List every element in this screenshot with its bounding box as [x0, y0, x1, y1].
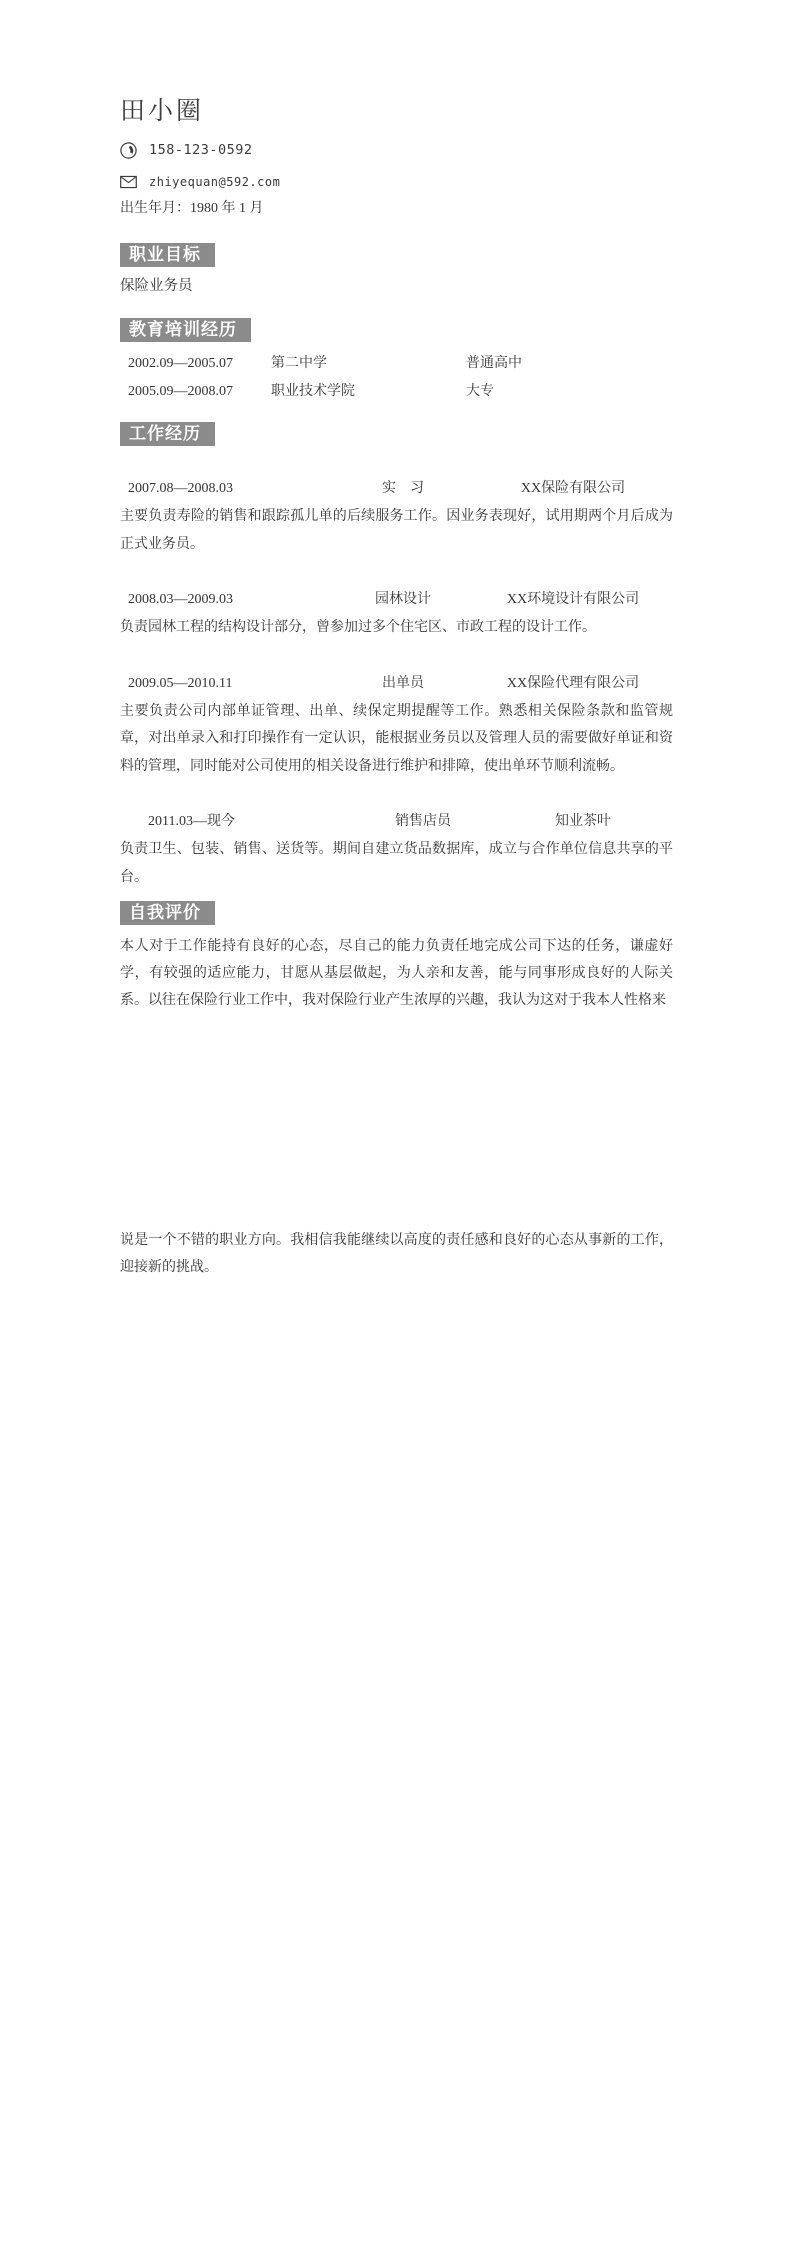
job-header-row: 2007.08—2008.03 实 习 XX保险有限公司 — [120, 475, 673, 503]
education-degree: 大专 — [466, 378, 673, 406]
job-period: 2007.08—2008.03 — [120, 475, 333, 503]
envelope-icon — [120, 174, 137, 191]
phone-icon — [120, 142, 137, 159]
job-company: 知业茶叶 — [493, 808, 673, 836]
education-row: 2005.09—2008.07 职业技术学院 大专 — [120, 378, 673, 406]
job-title: 出单员 — [333, 670, 473, 698]
job-title: 园林设计 — [333, 586, 473, 614]
resume-page: 田小圈 158-123-0592 zhiyequan@592.com 出生年月：… — [0, 0, 794, 2246]
section-title-education: 教育培训经历 — [120, 318, 251, 342]
job-entry: 2009.05—2010.11 出单员 XX保险代理有限公司 主要负责公司内部单… — [120, 670, 673, 781]
education-school: 职业技术学院 — [271, 378, 466, 406]
job-description: 主要负责寿险的销售和跟踪孤儿单的后续服务工作。因业务表现好，试用期两个月后成为正… — [120, 503, 673, 558]
education-rows: 2002.09—2005.07 第二中学 普通高中 2005.09—2008.0… — [120, 350, 673, 406]
page-break-spacer — [120, 1014, 673, 1219]
job-description: 主要负责公司内部单证管理、出单、续保定期提醒等工作。熟悉相关保险条款和监管规章，… — [120, 698, 673, 781]
section-title-evaluation: 自我评价 — [120, 901, 215, 925]
birth-row: 出生年月：1980 年 1 月 — [120, 199, 673, 219]
job-company: XX保险有限公司 — [473, 475, 673, 503]
phone-number: 158-123-0592 — [149, 142, 253, 158]
section-experience: 工作经历 2007.08—2008.03 实 习 XX保险有限公司 主要负责寿险… — [120, 422, 673, 891]
education-period: 2002.09—2005.07 — [120, 350, 271, 378]
job-entry: 2011.03—现今 销售店员 知业茶叶 负责卫生、包装、销售、送货等。期间自建… — [120, 808, 673, 891]
resume-content: 田小圈 158-123-0592 zhiyequan@592.com 出生年月：… — [120, 0, 673, 1281]
job-period: 2009.05—2010.11 — [120, 670, 333, 698]
job-header-row: 2011.03—现今 销售店员 知业茶叶 — [120, 808, 673, 836]
job-description: 负责卫生、包装、销售、送货等。期间自建立货品数据库，成立与合作单位信息共享的平台… — [120, 836, 673, 891]
evaluation-paragraph-part2: 说是一个不错的职业方向。我相信我能继续以高度的责任感和良好的心态从事新的工作，迎… — [120, 1227, 673, 1281]
job-entry: 2008.03—2009.03 园林设计 XX环境设计有限公司 负责园林工程的结… — [120, 586, 673, 642]
section-title-objective: 职业目标 — [120, 243, 215, 267]
evaluation-paragraph-part1: 本人对于工作能持有良好的心态，尽自己的能力负责任地完成公司下达的任务，谦虚好学，… — [120, 933, 673, 1014]
job-period: 2008.03—2009.03 — [120, 586, 333, 614]
section-evaluation: 自我评价 本人对于工作能持有良好的心态，尽自己的能力负责任地完成公司下达的任务，… — [120, 901, 673, 1281]
objective-text: 保险业务员 — [120, 276, 673, 296]
job-title: 实 习 — [333, 475, 473, 503]
email-row: zhiyequan@592.com — [120, 172, 673, 192]
education-row: 2002.09—2005.07 第二中学 普通高中 — [120, 350, 673, 378]
job-description: 负责园林工程的结构设计部分，曾参加过多个住宅区、市政工程的设计工作。 — [120, 614, 673, 642]
job-header-row: 2008.03—2009.03 园林设计 XX环境设计有限公司 — [120, 586, 673, 614]
education-degree: 普通高中 — [466, 350, 673, 378]
job-company: XX保险代理有限公司 — [473, 670, 673, 698]
job-company: XX环境设计有限公司 — [473, 586, 673, 614]
section-education: 教育培训经历 2002.09—2005.07 第二中学 普通高中 2005.09… — [120, 318, 673, 406]
education-period: 2005.09—2008.07 — [120, 378, 271, 406]
section-title-experience: 工作经历 — [120, 422, 215, 446]
phone-row: 158-123-0592 — [120, 140, 673, 160]
section-objective: 职业目标 保险业务员 — [120, 243, 673, 296]
education-school: 第二中学 — [271, 350, 466, 378]
candidate-name: 田小圈 — [120, 0, 673, 127]
job-title: 销售店员 — [353, 808, 493, 836]
job-period: 2011.03—现今 — [120, 808, 353, 836]
email-address: zhiyequan@592.com — [149, 175, 280, 189]
job-header-row: 2009.05—2010.11 出单员 XX保险代理有限公司 — [120, 670, 673, 698]
job-entry: 2007.08—2008.03 实 习 XX保险有限公司 主要负责寿险的销售和跟… — [120, 475, 673, 558]
